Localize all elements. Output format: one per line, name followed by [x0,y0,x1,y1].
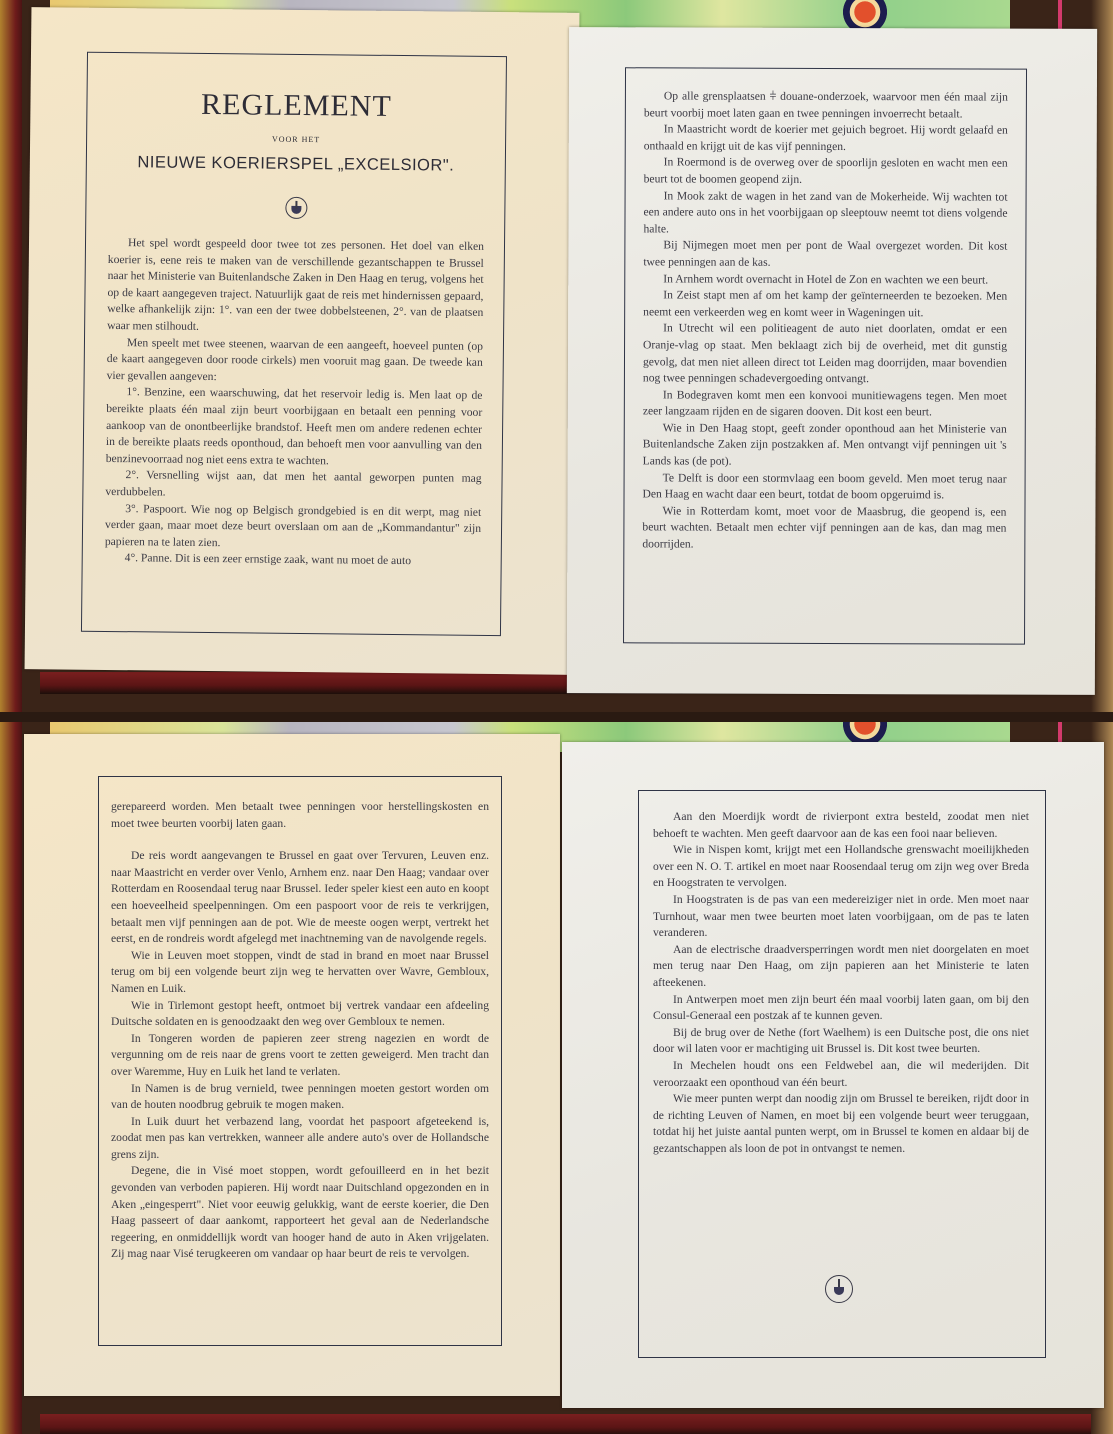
rulebook-page-1: REGLEMENT VOOR HET NIEUWE KOERIERSPEL „E… [25,7,580,675]
rulebook-page-4: Aan den Moerdijk wordt de rivierpont ext… [562,742,1104,1408]
paragraph: Wie in Rotterdam komt, moet voor de Maas… [642,503,1006,554]
paragraph: 3°. Paspoort. Wie nog op Belgisch grondg… [105,500,482,554]
paragraph: Wie in Den Haag stopt, geeft zonder opon… [643,420,1007,471]
paragraph: Wie in Tirlemont gestopt heeft, ontmoet … [111,998,489,1031]
paragraph: De reis wordt aangevangen te Brussel en … [111,848,489,948]
paragraph: Te Delft is door een stormvlaag een boom… [643,470,1007,504]
rules-text: Het spel wordt gespeeld door twee tot ze… [105,235,484,571]
rulebook-page-3: gerepareerd worden. Men betaalt twee pen… [24,734,560,1396]
paragraph: Men speelt met twee steenen, waarvan de … [107,335,484,389]
paragraph: In Hoogstraten is de pas van een mederei… [653,892,1029,942]
paragraph: In Luik duurt het verbazend lang, voorda… [111,1114,489,1164]
rules-text: Aan den Moerdijk wordt de rivierpont ext… [653,809,1029,1157]
paragraph: Op alle grensplaatsen ⫩ douane-onderzoek… [644,88,1008,122]
paragraph: In Antwerpen moet men zijn beurt één maa… [653,992,1029,1025]
paragraph: Degene, die in Visé moet stoppen, wordt … [111,1163,489,1263]
paragraph: In Roermond is de overweg over de spoorl… [644,155,1008,189]
box-rim [40,1414,1091,1434]
paragraph: Wie meer punten werpt dan noodig zijn om… [653,1091,1029,1157]
paragraph: Wie in Leuven moet stoppen, vindt de sta… [111,948,489,998]
paragraph: In Arnhem wordt overnacht in Hotel de Zo… [643,271,1007,289]
paragraph: Aan de electrische draadversperringen wo… [653,942,1029,992]
rules-text: gerepareerd worden. Men betaalt twee pen… [111,799,489,1263]
paragraph: Het spel wordt gespeeld door twee tot ze… [107,235,484,338]
page-frame: Aan den Moerdijk wordt de rivierpont ext… [638,790,1046,1358]
page-frame: Op alle grensplaatsen ⫩ douane-onderzoek… [623,67,1027,644]
paragraph: 1°. Benzine, een waarschuwing, dat het r… [106,384,483,471]
paragraph: Wie in Nispen komt, krijgt met een Holla… [653,842,1029,892]
box-edge [0,0,22,712]
page-subtitle: VOOR HET [87,133,505,146]
paragraph: In Mook zakt de wagen in het zand van de… [643,188,1007,239]
emblem-icon [825,1275,853,1303]
paragraph: In Zeist stapt men af om het kamp der ge… [643,287,1007,321]
page-frame: REGLEMENT VOOR HET NIEUWE KOERIERSPEL „E… [81,52,507,636]
emblem-icon [285,197,307,219]
paragraph: Bij Nijmegen moet men per pont de Waal o… [643,238,1007,272]
paragraph: In Tongeren worden de papieren zeer stre… [111,1031,489,1081]
game-name: NIEUWE KOERIERSPEL „EXCELSIOR". [87,153,505,176]
paragraph: In Utrecht wil een politieagent de auto … [643,321,1007,389]
paragraph: In Maastricht wordt de koerier met gejui… [644,122,1008,156]
page-title: REGLEMENT [87,87,505,125]
paragraph: In Mechelen houdt ons een Feldwebel aan,… [653,1058,1029,1091]
paragraph: Bij de brug over de Nethe (fort Waelhem)… [653,1025,1029,1058]
paragraph: 4°. Panne. Dit is een zeer ernstige zaak… [105,550,481,571]
paragraph: In Namen is de brug vernield, twee penni… [111,1081,489,1114]
paragraph: 2°. Versnelling wijst aan, dat men het a… [105,467,481,504]
paragraph: Aan den Moerdijk wordt de rivierpont ext… [653,809,1029,842]
paragraph: gerepareerd worden. Men betaalt twee pen… [111,799,489,832]
photo-bottom: gerepareerd worden. Men betaalt twee pen… [0,722,1113,1434]
rulebook-page-2: Op alle grensplaatsen ⫩ douane-onderzoek… [567,27,1097,695]
photo-top: REGLEMENT VOOR HET NIEUWE KOERIERSPEL „E… [0,0,1113,712]
rules-text: Op alle grensplaatsen ⫩ douane-onderzoek… [642,88,1008,554]
paragraph: In Bodegraven komt men een konvooi munit… [643,387,1007,421]
page-frame: gerepareerd worden. Men betaalt twee pen… [98,776,502,1346]
box-edge [0,722,22,1434]
